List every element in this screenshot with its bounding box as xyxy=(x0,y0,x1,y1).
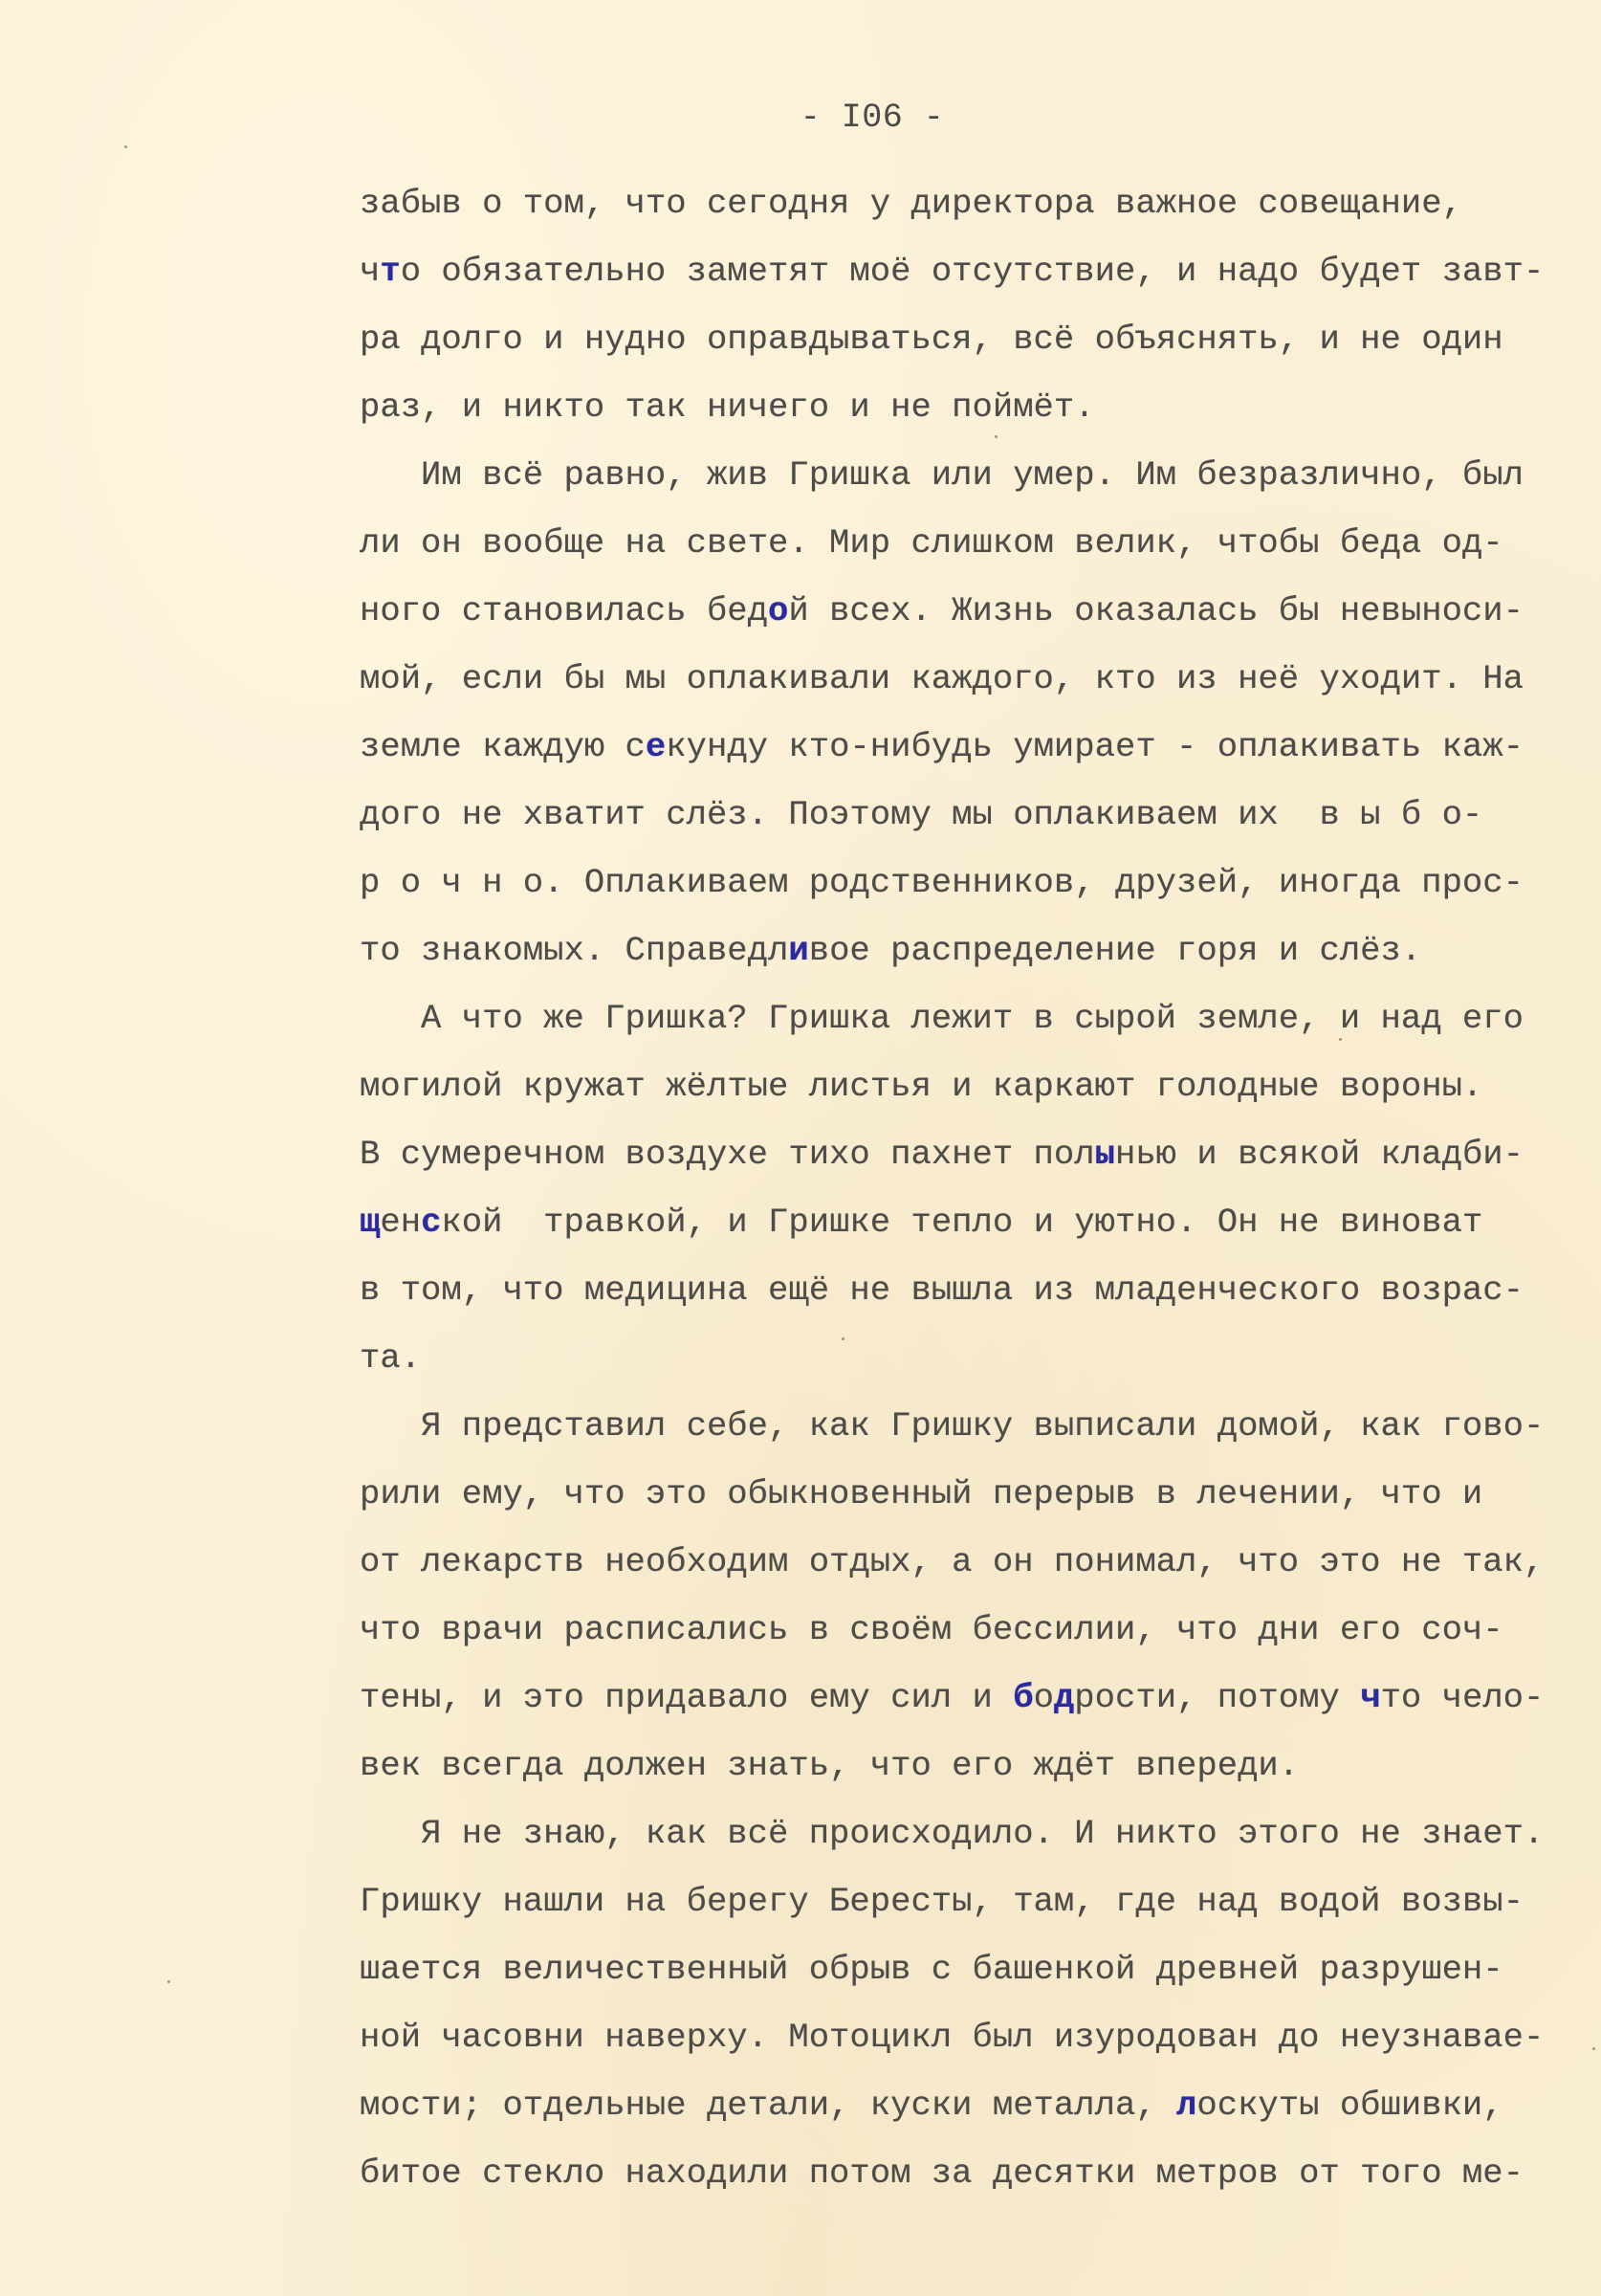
typed-text: забыв о том, что сегодня у директора важ… xyxy=(360,184,1462,223)
handwritten-correction: б xyxy=(1013,1678,1033,1717)
typed-text: битое стекло находили потом за десятки м… xyxy=(360,2153,1524,2193)
typed-text: от лекарств необходим отдых, а он понима… xyxy=(360,1542,1544,1581)
text-line: Им всё равно, жив Гришка или умер. Им бе… xyxy=(360,447,1524,504)
typed-text: ного становилась бед xyxy=(360,591,768,630)
typed-text: кой травкой, и Гришке тепло и уютно. Он … xyxy=(441,1203,1482,1242)
text-line: мой, если бы мы оплакивали каждого, кто … xyxy=(360,651,1524,708)
paper-speck xyxy=(1592,2047,1595,2050)
text-line: ного становилась бедой всех. Жизнь оказа… xyxy=(360,583,1524,640)
handwritten-correction: с xyxy=(421,1203,441,1242)
typed-text: ен xyxy=(380,1203,421,1242)
text-line: Гришку нашли на берегу Бересты, там, где… xyxy=(360,1873,1524,1931)
typewritten-page: - I06 - забыв о том, что сегодня у дирек… xyxy=(0,0,1601,2296)
typed-text: мости; отдельные детали, куски металла, xyxy=(360,2086,1176,2125)
typed-text: Гришку нашли на берегу Бересты, там, где… xyxy=(360,1882,1524,1921)
typed-text: ной часовни наверху. Мотоцикл был изурод… xyxy=(360,2018,1544,2057)
text-line: рили ему, что это обыкновенный перерыв в… xyxy=(360,1466,1482,1523)
text-line: то знакомых. Справедливое распределение … xyxy=(360,922,1421,980)
typed-text: что врачи расписались в своём бессилии, … xyxy=(360,1610,1503,1649)
typed-text: В сумеречном воздухе тихо пахнет пол xyxy=(360,1135,1095,1174)
handwritten-correction: о xyxy=(768,591,788,630)
text-line: щенской травкой, и Гришке тепло и уютно.… xyxy=(360,1194,1482,1251)
handwritten-correction: д xyxy=(1054,1678,1074,1717)
handwritten-correction: е xyxy=(646,727,666,766)
typed-text: мой, если бы мы оплакивали каждого, кто … xyxy=(360,659,1524,698)
typed-text: рости, потому xyxy=(1074,1678,1360,1717)
text-line: что врачи расписались в своём бессилии, … xyxy=(360,1601,1503,1659)
typed-text: нью и всякой кладби- xyxy=(1115,1135,1524,1174)
typed-text: й всех. Жизнь оказалась бы невыноси- xyxy=(788,591,1524,630)
paper-speck xyxy=(842,1337,844,1340)
text-line: век всегда должен знать, что его ждёт вп… xyxy=(360,1737,1299,1795)
typed-text: ли он вообще на свете. Мир слишком велик… xyxy=(360,523,1503,563)
typed-text: ч xyxy=(360,252,380,291)
handwritten-correction: т xyxy=(380,252,400,291)
typed-text: тены, и это придавало ему сил и xyxy=(360,1678,1013,1717)
typed-text: о xyxy=(1034,1678,1054,1717)
text-line: земле каждую секунду кто-нибудь умирает … xyxy=(360,718,1524,776)
text-line: та. xyxy=(360,1330,421,1387)
typed-text: век всегда должен знать, что его ждёт вп… xyxy=(360,1746,1299,1785)
typed-text: та. xyxy=(360,1338,421,1378)
typed-text: Им всё равно, жив Гришка или умер. Им бе… xyxy=(360,455,1524,495)
text-line: битое стекло находили потом за десятки м… xyxy=(360,2145,1524,2202)
text-line: могилой кружат жёлтые листья и каркают г… xyxy=(360,1058,1482,1115)
text-line: тены, и это придавало ему сил и бодрости… xyxy=(360,1669,1544,1727)
text-line: мости; отдельные детали, куски металла, … xyxy=(360,2077,1503,2134)
typed-text: А что же Гришка? Гришка лежит в сырой зе… xyxy=(360,999,1524,1038)
typed-text: кунду кто-нибудь умирает - оплакивать ка… xyxy=(666,727,1524,766)
handwritten-correction: л xyxy=(1176,2086,1196,2125)
text-line: ной часовни наверху. Мотоцикл был изурод… xyxy=(360,2009,1544,2066)
handwritten-correction: и xyxy=(788,931,808,970)
text-line: в том, что медицина ещё не вышла из млад… xyxy=(360,1262,1524,1319)
typed-text: дого не хватит слёз. Поэтому мы оплакива… xyxy=(360,795,1482,834)
typed-text: то знакомых. Справедл xyxy=(360,931,788,970)
text-line: ли он вообще на свете. Мир слишком велик… xyxy=(360,515,1503,572)
text-line: дого не хватит слёз. Поэтому мы оплакива… xyxy=(360,786,1482,844)
typed-text: рили ему, что это обыкновенный перерыв в… xyxy=(360,1474,1482,1513)
typed-text: Я не знаю, как всё происходило. И никто … xyxy=(360,1814,1544,1853)
paper-speck xyxy=(995,435,998,438)
text-line: В сумеречном воздухе тихо пахнет полынью… xyxy=(360,1126,1524,1183)
text-line: Я не знаю, как всё происходило. И никто … xyxy=(360,1805,1544,1863)
typed-text: оскуты обшивки, xyxy=(1196,2086,1502,2125)
typed-text: шается величественный обрыв с башенкой д… xyxy=(360,1950,1503,1989)
typed-text: вое распределение горя и слёз. xyxy=(809,931,1422,970)
typed-text: раз, и никто так ничего и не поймёт. xyxy=(360,387,1095,427)
text-line: шается величественный обрыв с башенкой д… xyxy=(360,1941,1503,1998)
text-line: раз, и никто так ничего и не поймёт. xyxy=(360,379,1095,436)
typed-text: Я представил себе, как Гришку выписали д… xyxy=(360,1406,1544,1446)
typed-text: р о ч н о. Оплакиваем родственников, дру… xyxy=(360,863,1524,902)
text-line: что обязательно заметят моё отсутствие, … xyxy=(360,243,1544,300)
typed-text: земле каждую с xyxy=(360,727,646,766)
text-line: Я представил себе, как Гришку выписали д… xyxy=(360,1398,1544,1455)
text-line: от лекарств необходим отдых, а он понима… xyxy=(360,1534,1544,1591)
paper-speck xyxy=(124,145,127,148)
handwritten-correction: щ xyxy=(360,1203,380,1242)
typed-text: о обязательно заметят моё отсутствие, и … xyxy=(401,252,1545,291)
paper-speck xyxy=(167,1980,170,1983)
typed-text: могилой кружат жёлтые листья и каркают г… xyxy=(360,1067,1482,1106)
text-line: А что же Гришка? Гришка лежит в сырой зе… xyxy=(360,990,1524,1048)
page-number: - I06 - xyxy=(0,92,1601,143)
text-line: забыв о том, что сегодня у директора важ… xyxy=(360,175,1462,232)
typed-text: ра долго и нудно оправдываться, всё объя… xyxy=(360,320,1503,359)
text-line: р о ч н о. Оплакиваем родственников, дру… xyxy=(360,854,1524,912)
text-line: ра долго и нудно оправдываться, всё объя… xyxy=(360,311,1503,368)
handwritten-correction: ч xyxy=(1360,1678,1380,1717)
handwritten-correction: ы xyxy=(1095,1135,1115,1174)
typed-text: то чело- xyxy=(1381,1678,1545,1717)
typed-text: в том, что медицина ещё не вышла из млад… xyxy=(360,1270,1524,1310)
paper-speck xyxy=(1339,1038,1342,1041)
